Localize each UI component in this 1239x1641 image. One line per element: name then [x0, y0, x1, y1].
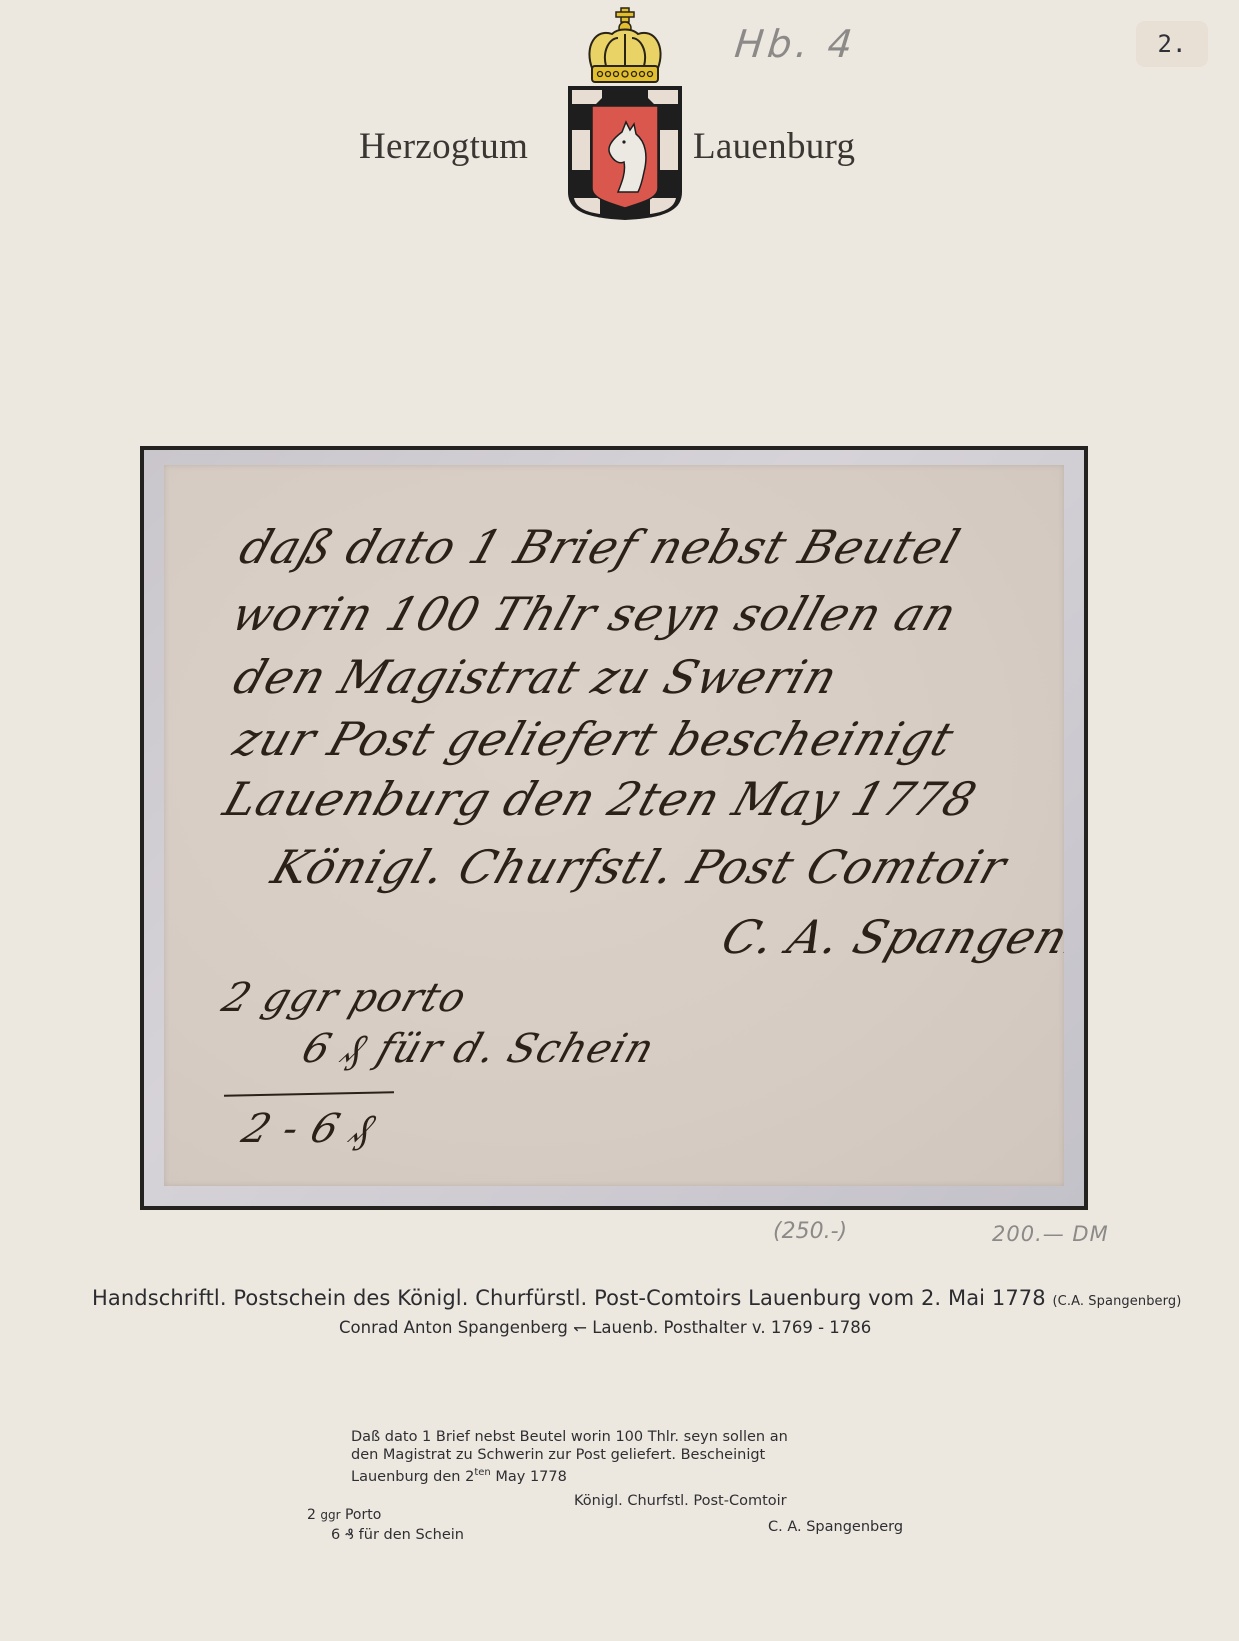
- handwritten-note: 6 ₰ für d. Schein: [296, 1025, 660, 1072]
- transcription-office: Königl. Churfstl. Post-Comtoir: [574, 1492, 787, 1510]
- transcription-date: Lauenburg den 2: [351, 1469, 474, 1485]
- page-title-left: Herzogtum: [359, 128, 528, 165]
- transcription-body: Daß dato 1 Brief nebst Beutel worin 100 …: [351, 1428, 788, 1486]
- crown-icon: [589, 8, 660, 82]
- page-title-right: Lauenburg: [693, 128, 855, 165]
- handwritten-note: 2 - 6 ₰: [236, 1105, 381, 1152]
- caption-title: Handschriftl. Postschein des Königl. Chu…: [92, 1286, 1181, 1310]
- handwritten-line: Lauenburg den 2ten May 1778: [217, 772, 983, 826]
- handwritten-line: zur Post geliefert bescheinigt: [227, 712, 961, 766]
- transcription-date-month: May 1778: [491, 1469, 567, 1485]
- porto-label: Porto: [341, 1507, 382, 1523]
- caption-subtitle: Conrad Anton Spangenberg ↽ Lauenb. Posth…: [339, 1318, 871, 1337]
- handwritten-line: Königl. Churfstl. Post Comtoir: [265, 840, 1014, 894]
- transcription-schein-fee: 6 ₰ für den Schein: [331, 1526, 464, 1544]
- postschein-document: daß dato 1 Brief nebst Beutel worin 100 …: [164, 465, 1064, 1186]
- caption-title-note: (C.A. Spangenberg): [1053, 1294, 1182, 1309]
- handwritten-note: 2 ggr porto: [217, 975, 473, 1021]
- handwritten-signature: C. A. Spangenberg: [715, 910, 1064, 964]
- sum-rule: [224, 1091, 394, 1097]
- document-frame: daß dato 1 Brief nebst Beutel worin 100 …: [140, 446, 1088, 1210]
- price-old: (250.-): [773, 1219, 847, 1244]
- lauenburg-coat-of-arms-icon: [566, 6, 684, 222]
- handwritten-line: den Magistrat zu Swerin: [227, 650, 845, 704]
- transcription-line: Lauenburg den 2ten May 1778: [351, 1464, 788, 1486]
- transcription-date-suffix: ten: [474, 1467, 490, 1478]
- page-number-label: 2.: [1136, 21, 1208, 67]
- handwritten-line: worin 100 Thlr seyn sollen an: [225, 587, 964, 641]
- price-new: 200.— DM: [992, 1222, 1109, 1246]
- transcription-porto: 2 ggr Porto: [307, 1506, 381, 1524]
- transcription-line: Daß dato 1 Brief nebst Beutel worin 100 …: [351, 1428, 788, 1446]
- porto-amount: 2: [307, 1507, 320, 1523]
- catalog-note: Hb. 4: [733, 22, 859, 66]
- caption-title-text: Handschriftl. Postschein des Königl. Chu…: [92, 1286, 1046, 1310]
- document-mount: daß dato 1 Brief nebst Beutel worin 100 …: [144, 450, 1084, 1206]
- transcription-signature: C. A. Spangenberg: [768, 1518, 903, 1536]
- transcription-line: den Magistrat zu Schwerin zur Post gelie…: [351, 1446, 788, 1464]
- handwritten-line: daß dato 1 Brief nebst Beutel: [233, 520, 967, 574]
- porto-unit: ggr: [320, 1508, 340, 1522]
